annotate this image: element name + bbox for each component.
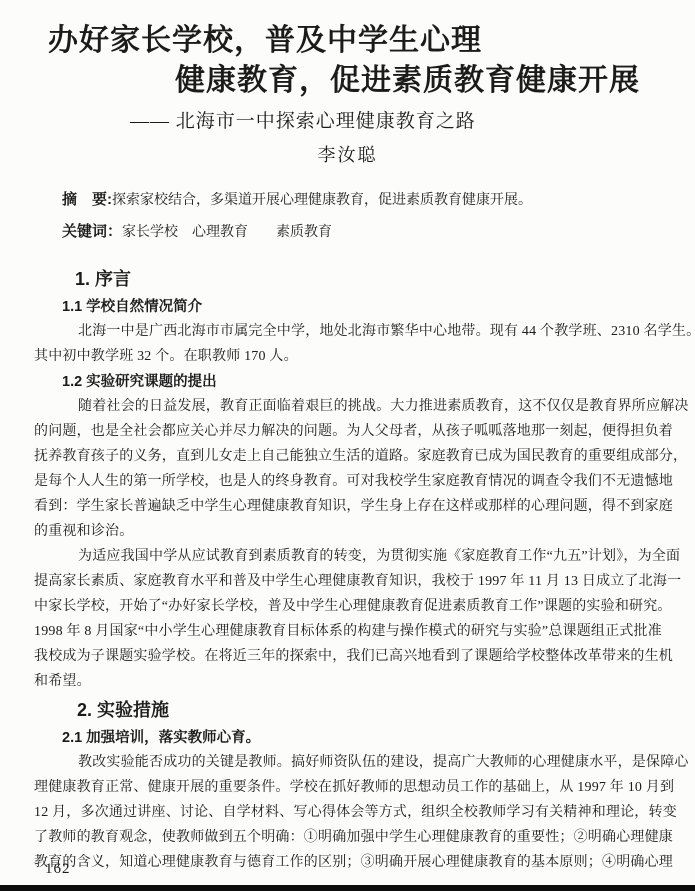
paragraph-course-founding: 为适应我国中学从应试教育到素质教育的转变，为贯彻实施《家庭教育工作“九五”计划》… (34, 544, 662, 694)
abstract-text: 探索家校结合，多渠道开展心理健康教育，促进素质教育健康开展。 (112, 193, 532, 208)
abstract-label: 摘 要: (62, 191, 112, 208)
paragraph-line: 和希望。 (34, 669, 662, 694)
paragraph-line: 提高家长素质、家庭教育水平和普及中学生心理健康教育知识，我校于 1997 年 1… (34, 569, 662, 594)
paragraph-line: 是每个人人生的第一所学校，也是人的终身教育。可对我校学生家庭教育情况的调查令我们… (34, 469, 662, 494)
paragraph-teacher-training: 教改实验能否成功的关键是教师。搞好师资队伍的建设，提高广大教师的心理健康水平，是… (34, 750, 662, 875)
keywords-row: 关键词：家长学校 心理教育 素质教育 (62, 219, 655, 246)
paper-title-line2: 健康教育，促进素质教育健康开展 (175, 62, 695, 100)
paragraph-line: 随着社会的日益发展，教育正面临着艰巨的挑战。大力推进素质教育，这不仅仅是教育界所… (34, 394, 662, 419)
paragraph-line: 的问题，也是全社会都应关心并尽力解决的问题。为人父母者，从孩子呱呱落地那一刻起，… (34, 419, 662, 444)
paragraph-line: 其中初中教学班 32 个。在职教师 170 人。 (34, 344, 662, 369)
paragraph-line: 了教师的教育观念，使教师做到五个明确：①明确加强中学生心理健康教育的重要性；②明… (34, 825, 662, 850)
subsection-heading-2-1: 2.1 加强培训，落实教师心育。 (62, 726, 695, 750)
paragraph-line: 为适应我国中学从应试教育到素质教育的转变，为贯彻实施《家庭教育工作“九五”计划》… (34, 544, 662, 569)
paragraph-line: 的重视和诊治。 (34, 519, 662, 544)
paper-subtitle: —— 北海市一中探索心理健康教育之路 (130, 109, 695, 135)
paragraph-line: 抚养教育孩子的义务，直到儿女走上自己能独立生活的道路。家庭教育已成为国民教育的重… (34, 444, 662, 469)
keywords-label: 关键词： (62, 223, 122, 240)
paragraph-line: 中家长学校，开始了“办好家长学校，普及中学生心理健康教育促进素质教育工作”课题的… (34, 594, 662, 619)
subsection-heading-1-1: 1.1 学校自然情况简介 (62, 295, 695, 319)
section-heading-2: 2. 实验措施 (77, 696, 695, 724)
paragraph-line: 1998 年 8 月国家“中小学生心理健康教育目标体系的构建与操作模式的研究与实… (34, 619, 662, 644)
scanned-document-page: 办好家长学校，普及中学生心理 健康教育，促进素质教育健康开展 —— 北海市一中探… (0, 0, 695, 891)
abstract-row: 摘 要:探索家校结合，多渠道开展心理健康教育，促进素质教育健康开展。 (62, 187, 655, 214)
paragraph-line: 北海一中是广西北海市市属完全中学，地处北海市繁华中心地带。现有 44 个教学班、… (34, 319, 662, 344)
paragraph-background: 随着社会的日益发展，教育正面临着艰巨的挑战。大力推进素质教育，这不仅仅是教育界所… (34, 394, 662, 544)
page-number: 162 (45, 861, 71, 878)
paragraph-line: 我校成为子课题实验学校。在将近三年的探索中，我们已高兴地看到了课题给学校整体改革… (34, 644, 662, 669)
keywords-text: 家长学校 心理教育 素质教育 (122, 225, 332, 240)
scan-edge-bar (0, 885, 695, 891)
subsection-heading-1-2: 1.2 实验研究课题的提出 (62, 370, 695, 394)
paragraph-school-intro: 北海一中是广西北海市市属完全中学，地处北海市繁华中心地带。现有 44 个教学班、… (34, 319, 662, 369)
section-heading-1: 1. 序言 (75, 265, 695, 293)
paragraph-line: 12 月，多次通过讲座、讨论、自学材料、写心得体会等方式，组织全校教师学习有关精… (34, 800, 662, 825)
paragraph-line: 教改实验能否成功的关键是教师。搞好师资队伍的建设，提高广大教师的心理健康水平，是… (34, 750, 662, 775)
paragraph-line: 教育的含义，知道心理健康教育与德育工作的区别；③明确开展心理健康教育的基本原则；… (34, 850, 662, 875)
author-name: 李汝聪 (0, 143, 695, 167)
paragraph-line: 看到：学生家长普遍缺乏中学生心理健康教育知识，学生身上存在这样或那样的心理问题，… (34, 494, 662, 519)
paper-title-line1: 办好家长学校，普及中学生心理 (48, 22, 695, 60)
paragraph-line: 理健康教育正常、健康开展的重要条件。学校在抓好教师的思想动员工作的基础上，从 1… (34, 775, 662, 800)
